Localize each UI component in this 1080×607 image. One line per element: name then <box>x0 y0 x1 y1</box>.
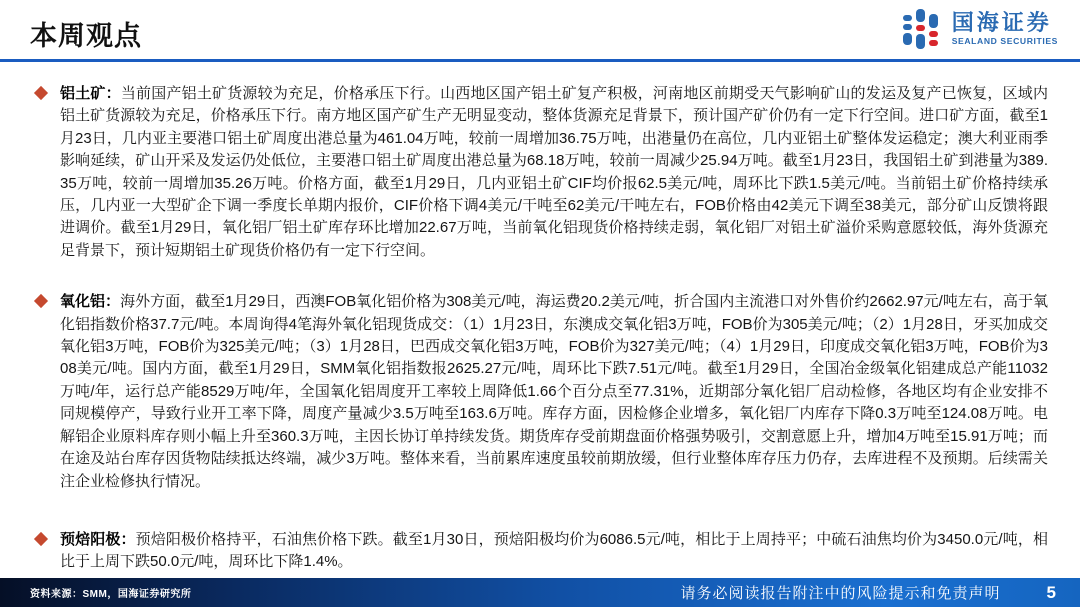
disclaimer-text: 请务必阅读报告附注中的风险提示和免责声明 <box>681 582 1001 603</box>
bullet-alumina-body: 海外方面，截至1月29日，西澳FOB氧化铝价格为308美元/吨，海运费20.2美… <box>60 293 1048 489</box>
bullet-bauxite-text: 铝土矿：当前国产铝土矿货源较为充足，价格承压下行。山西地区国产铝土矿复产积极，河… <box>60 83 1048 262</box>
title-divider <box>0 59 1080 62</box>
bullet-anode: 预焙阳极：预焙阳极价格持平，石油焦价格下跌。截至1月30日，预焙阳极均价为608… <box>30 529 1048 574</box>
footer-right: 请务必阅读报告附注中的风险提示和免责声明 5 <box>681 582 1056 603</box>
bullet-alumina: 氧化铝：海外方面，截至1月29日，西澳FOB氧化铝价格为308美元/吨，海运费2… <box>30 291 1048 493</box>
bullet-anode-head: 预焙阳极： <box>60 531 136 548</box>
slide-header: 本周观点 国海证券 SEALAND SECURITIES <box>0 0 1080 62</box>
brand-logo: 国海证券 SEALAND SECURITIES <box>902 7 1058 51</box>
bullet-alumina-head: 氧化铝： <box>60 293 120 310</box>
bullet-bauxite-body: 当前国产铝土矿货源较为充足，价格承压下行。山西地区国产铝土矿复产积极，河南地区前… <box>60 85 1048 259</box>
slide-content: 铝土矿：当前国产铝土矿货源较为充足，价格承压下行。山西地区国产铝土矿复产积极，河… <box>0 62 1080 574</box>
bullet-bauxite: 铝土矿：当前国产铝土矿货源较为充足，价格承压下行。山西地区国产铝土矿复产积极，河… <box>30 83 1048 262</box>
brand-text: 国海证券 SEALAND SECURITIES <box>952 12 1058 46</box>
bullet-alumina-text: 氧化铝：海外方面，截至1月29日，西澳FOB氧化铝价格为308美元/吨，海运费2… <box>60 291 1048 493</box>
bullet-bauxite-head: 铝土矿： <box>60 85 121 102</box>
sealand-logo-icon <box>902 7 944 51</box>
diamond-bullet-icon <box>34 532 48 546</box>
page-number: 5 <box>1047 583 1056 603</box>
diamond-bullet-icon <box>34 294 48 308</box>
brand-subtitle: SEALAND SECURITIES <box>952 37 1058 46</box>
diamond-bullet-icon <box>34 86 48 100</box>
data-source-note: 资料来源：SMM，国海证券研究所 <box>30 585 191 600</box>
page-title: 本周观点 <box>30 14 142 53</box>
slide-footer: 资料来源：SMM，国海证券研究所 请务必阅读报告附注中的风险提示和免责声明 5 <box>0 576 1080 607</box>
bullet-anode-body: 预焙阳极价格持平，石油焦价格下跌。截至1月30日，预焙阳极均价为6086.5元/… <box>60 531 1048 570</box>
bullet-anode-text: 预焙阳极：预焙阳极价格持平，石油焦价格下跌。截至1月30日，预焙阳极均价为608… <box>60 529 1048 574</box>
brand-name: 国海证券 <box>952 12 1058 34</box>
report-slide: 本周观点 国海证券 SEALAND SECURITIES <box>0 0 1080 607</box>
